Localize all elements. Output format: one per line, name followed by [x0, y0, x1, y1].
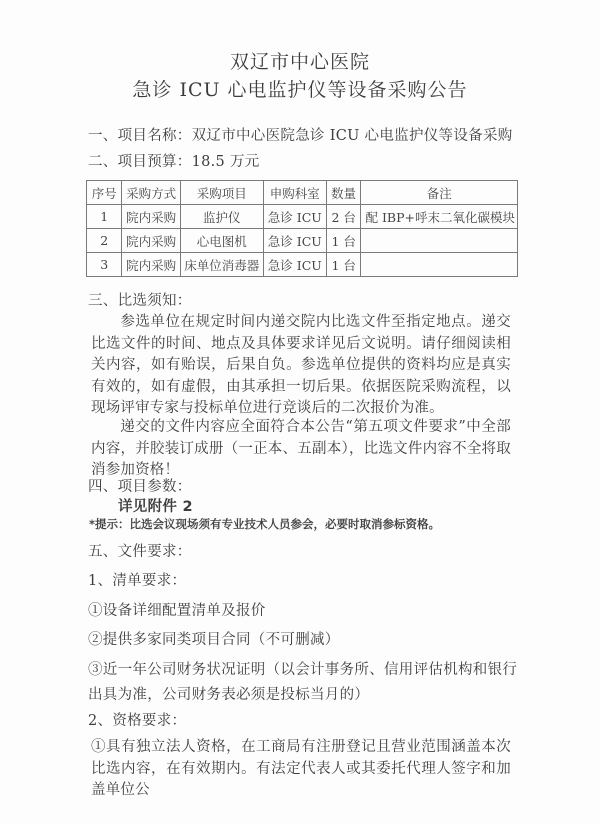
- subsection-heading-qualification: 2、资格要求：: [88, 709, 186, 730]
- column-header-qty: 数量: [326, 181, 361, 205]
- list-requirement-item-1: ①设备详细配置清单及报价: [88, 599, 266, 620]
- bidding-notice-paragraph-1: 参选单位在规定时间内递交院内比选文件至指定地点。递交比选文件的时间、地点及具体要…: [91, 312, 511, 420]
- cell-method: 院内采购: [122, 253, 180, 277]
- column-header-note: 备注: [361, 181, 518, 205]
- subsection-heading-list-requirements: 1、清单要求：: [88, 569, 186, 590]
- document-page: 双辽市中心医院 急诊 ICU 心电监护仪等设备采购公告 一、项目名称：双辽市中心…: [0, 0, 600, 825]
- document-title-announcement: 急诊 ICU 心电监护仪等设备采购公告: [0, 75, 600, 102]
- cell-method: 院内采购: [122, 229, 180, 253]
- see-attachment-note: 详见附件 2: [118, 495, 193, 516]
- bidding-notice-text-2: 递交的文件内容应全面符合本公告“第五项文件要求”中全部内容，并胶装订成册（一正本…: [91, 419, 511, 478]
- document-title-hospital: 双辽市中心医院: [0, 47, 600, 74]
- section-heading-project-params: 四、项目参数：: [88, 475, 192, 496]
- bidding-notice-paragraph-2: 递交的文件内容应全面符合本公告“第五项文件要求”中全部内容，并胶装订成册（一正本…: [91, 417, 511, 482]
- cell-item: 监护仪: [180, 205, 263, 229]
- list-requirement-item-3: ③近一年公司财务状况证明（以会计事务所、信用评估机构和银行: [88, 658, 517, 679]
- section-heading-bidding-notice: 三、比选须知：: [88, 289, 192, 310]
- cell-note: 配 IBP+呼末二氧化碳模块: [361, 205, 518, 229]
- cell-qty: 1 台: [326, 229, 361, 253]
- procurement-table: 序号 采购方式 采购项目 申购科室 数量 备注 1 院内采购 监护仪 急诊 IC…: [86, 180, 518, 277]
- cell-item: 心电图机: [180, 229, 263, 253]
- cell-method: 院内采购: [122, 205, 180, 229]
- table-row: 2 院内采购 心电图机 急诊 ICU 1 台: [87, 229, 518, 253]
- cell-note: [361, 229, 518, 253]
- cell-seq: 3: [87, 253, 122, 277]
- cell-item: 床单位消毒器: [180, 253, 263, 277]
- section-heading-file-requirements: 五、文件要求：: [88, 540, 192, 561]
- column-header-method: 采购方式: [122, 181, 180, 205]
- cell-qty: 2 台: [326, 205, 361, 229]
- list-requirement-item-2: ②提供多家同类项目合同（不可删减）: [88, 628, 340, 649]
- cell-qty: 1 台: [326, 253, 361, 277]
- hint-note: *提示：比选会议现场须有专业技术人员参会，必要时取消参标资格。: [89, 516, 440, 532]
- project-budget: 二、项目预算：18.5 万元: [88, 150, 260, 171]
- cell-note: [361, 253, 518, 277]
- cell-dept: 急诊 ICU: [263, 205, 326, 229]
- table-row: 1 院内采购 监护仪 急诊 ICU 2 台 配 IBP+呼末二氧化碳模块: [87, 205, 518, 229]
- table-row: 3 院内采购 床单位消毒器 急诊 ICU 1 台: [87, 253, 518, 277]
- cell-seq: 2: [87, 229, 122, 253]
- qualification-item-1: ①具有独立法人资格，在工商局有注册登记且营业范围涵盖本次比选内容，在有效期内。有…: [91, 737, 511, 802]
- column-header-item: 采购项目: [180, 181, 263, 205]
- list-requirement-item-3-cont: 出具为准，公司财务表必须是投标当月的）: [88, 683, 369, 704]
- cell-dept: 急诊 ICU: [263, 253, 326, 277]
- column-header-dept: 申购科室: [263, 181, 326, 205]
- cell-seq: 1: [87, 205, 122, 229]
- column-header-seq: 序号: [87, 181, 122, 205]
- cell-dept: 急诊 ICU: [263, 229, 326, 253]
- project-name: 一、项目名称：双辽市中心医院急诊 ICU 心电监护仪等设备采购: [88, 124, 513, 145]
- table-header-row: 序号 采购方式 采购项目 申购科室 数量 备注: [87, 181, 518, 205]
- bidding-notice-text-1: 参选单位在规定时间内递交院内比选文件至指定地点。递交比选文件的时间、地点及具体要…: [91, 314, 511, 416]
